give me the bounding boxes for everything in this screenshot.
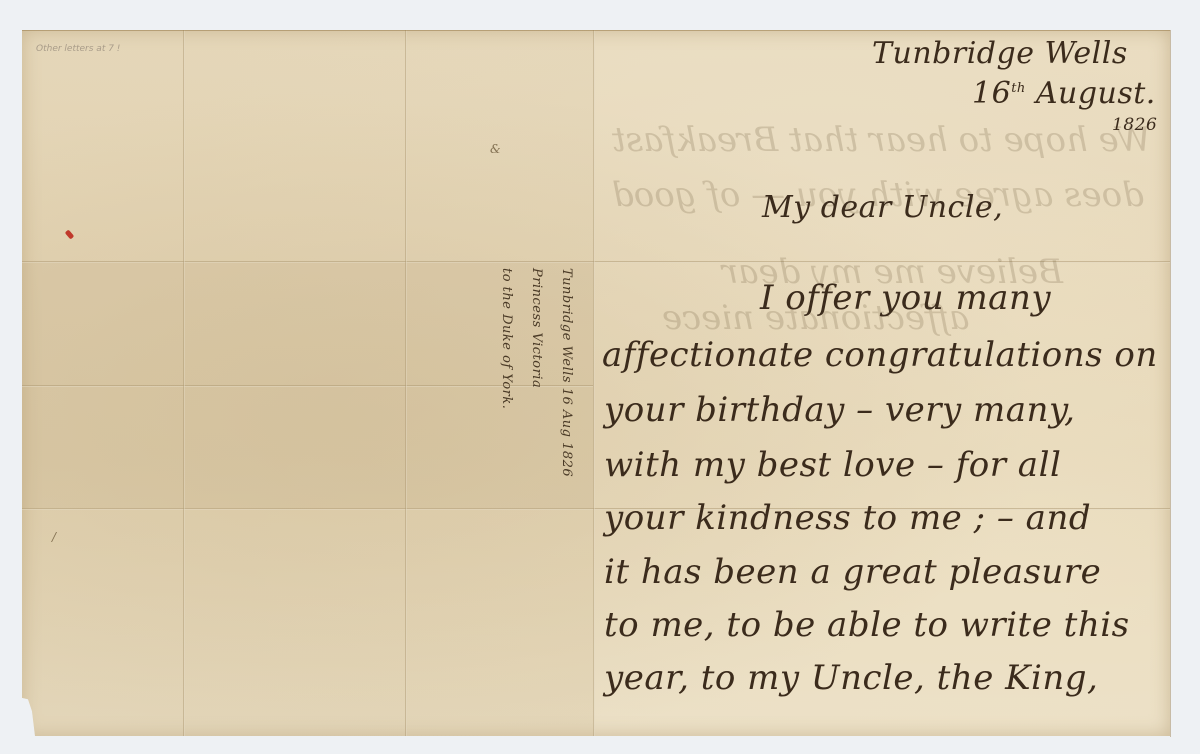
letter-date-day: 16 — [972, 76, 1011, 111]
center-fold-line — [593, 30, 595, 736]
docket-endorsement: Tunbridge Wells 16 Aug 1826 Princess Vic… — [464, 268, 574, 528]
body-line-6: it has been a great pleasure — [604, 552, 1101, 592]
docket-line-sender: Princess Victoria — [529, 268, 544, 388]
bleed-through-line-1: We hope to hear that Breakfast — [612, 120, 1151, 160]
body-line-5: your kindness to me ; – and — [604, 498, 1091, 538]
fold-line-vertical-2 — [405, 30, 407, 736]
docket-line-place-date: Tunbridge Wells 16 Aug 1826 — [559, 268, 574, 477]
pencil-tick-mark: / — [52, 530, 56, 544]
letter-year: 1826 — [1112, 115, 1157, 135]
letter-date-suffix: th — [1011, 81, 1026, 96]
body-line-1: I offer you many — [760, 278, 1051, 318]
letter-date-month: August. — [1036, 76, 1156, 111]
letter-place: Tunbridge Wells — [872, 36, 1128, 71]
body-line-7: to me, to be able to write this — [604, 605, 1130, 645]
docket-line-recipient: to the Duke of York. — [499, 268, 514, 409]
letter-salutation: My dear Uncle, — [762, 190, 1003, 225]
letter-paper: Other letters at 7 ! & / Tunbridge Wells… — [22, 30, 1170, 736]
body-line-4: with my best love – for all — [604, 445, 1061, 485]
letter-date: 16th August. — [972, 76, 1156, 111]
ink-flourish-mark: & — [490, 142, 501, 156]
body-line-3: your birthday – very many, — [604, 390, 1075, 430]
body-line-8: year, to my Uncle, the King, — [604, 658, 1098, 698]
body-line-2: affectionate congratulations on — [602, 335, 1158, 375]
fold-line-vertical-1 — [183, 30, 185, 736]
pencil-annotation: Other letters at 7 ! — [36, 44, 120, 54]
